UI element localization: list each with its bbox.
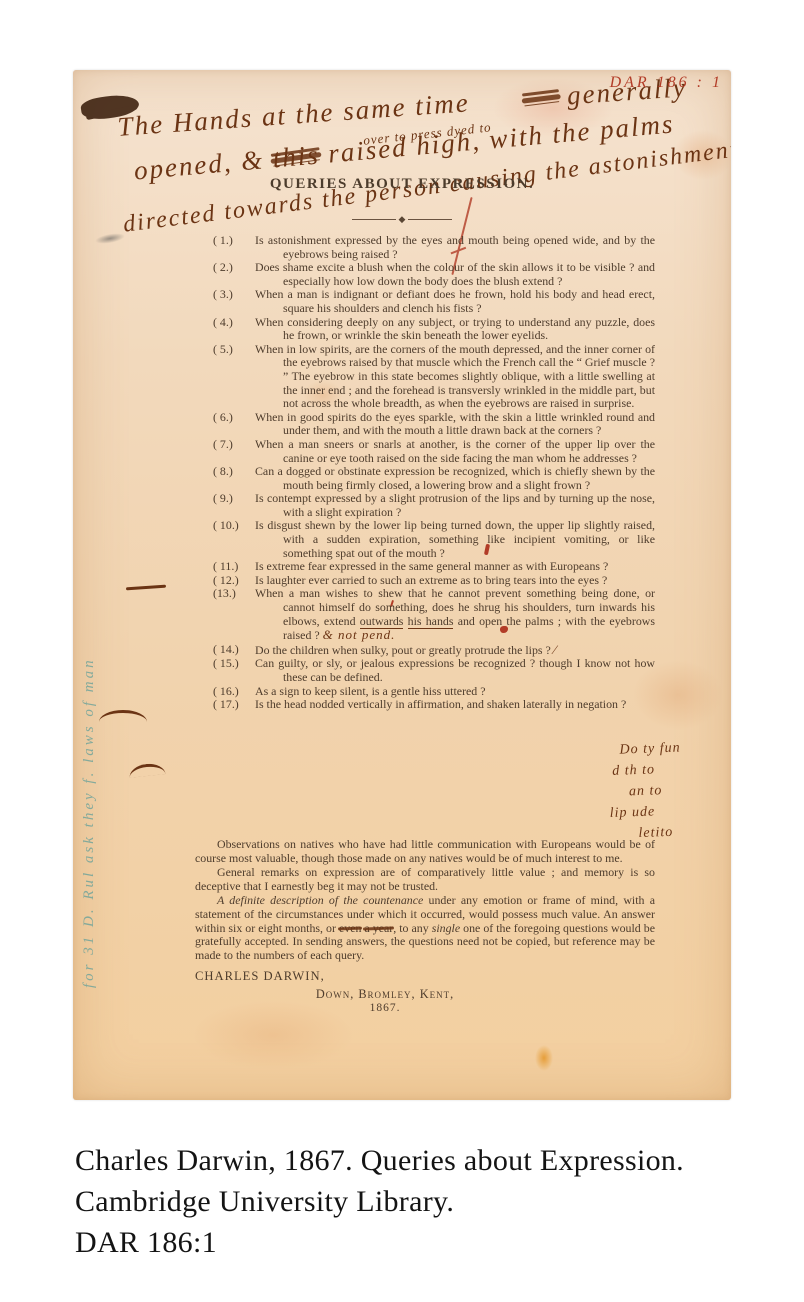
query-text: When a man is indignant or defiant does … bbox=[255, 288, 655, 315]
query-number: ( 5.) bbox=[213, 343, 233, 357]
query-item: ( 11.)Is extreme fear expressed in the s… bbox=[213, 560, 655, 574]
query-item: ( 14.)Do the children when sulky, pout o… bbox=[213, 643, 655, 658]
left-margin-handwriting: for 31 D. Rul ask they f. laws of man bbox=[81, 548, 107, 988]
divider-ornament: ◆ bbox=[73, 210, 731, 228]
query-text: Can a dogged or obstinate expression be … bbox=[255, 465, 655, 492]
query-number: ( 12.) bbox=[213, 574, 239, 588]
address: Down, Bromley, Kent, 1867. bbox=[275, 988, 495, 1015]
query-text: Is contempt expressed by a slight protru… bbox=[255, 492, 655, 519]
query-item: ( 7.)When a man sneers or snarls at anot… bbox=[213, 438, 655, 465]
query-text: Is astonishment expressed by the eyes an… bbox=[255, 234, 655, 261]
struck-word bbox=[522, 81, 559, 114]
query-text: Does shame excite a blush when the colou… bbox=[255, 261, 655, 288]
paragraph-definite-description: A definite description of the countenanc… bbox=[195, 894, 655, 962]
query-item: ( 5.)When in low spirits, are the corner… bbox=[213, 343, 655, 411]
query-text: When in good spirits do the eyes sparkle… bbox=[255, 411, 655, 438]
query-item: ( 10.)Is disgust shewn by the lower lip … bbox=[213, 519, 655, 560]
query-number: ( 2.) bbox=[213, 261, 233, 275]
query-item: ( 17.)Is the head nodded vertically in a… bbox=[213, 698, 655, 712]
query-item: ( 1.)Is astonishment expressed by the ey… bbox=[213, 234, 655, 261]
caption-line: DAR 186:1 bbox=[75, 1222, 755, 1263]
query-text: When a man sneers or snarls at another, … bbox=[255, 438, 655, 465]
query-text: When considering deeply on any subject, … bbox=[255, 316, 655, 343]
query-text: Is extreme fear expressed in the same ge… bbox=[255, 560, 655, 574]
query-number: ( 11.) bbox=[213, 560, 238, 574]
queries-list: ( 1.)Is astonishment expressed by the ey… bbox=[213, 234, 655, 712]
document-title: QUERIES ABOUT EXPRESSION. bbox=[73, 176, 731, 193]
query-number: ( 4.) bbox=[213, 316, 233, 330]
query-number: ( 7.) bbox=[213, 438, 233, 452]
query-item: ( 8.)Can a dogged or obstinate expressio… bbox=[213, 465, 655, 492]
query-number: (13.) bbox=[213, 587, 236, 601]
archive-reference: DAR 186 : 1 bbox=[610, 74, 723, 92]
closing-paragraphs: Observations on natives who have had lit… bbox=[195, 838, 655, 1015]
query-text: Is disgust shewn by the lower lip being … bbox=[255, 519, 655, 560]
margin-dash-mark bbox=[126, 585, 166, 591]
caption-line: Charles Darwin, 1867. Queries about Expr… bbox=[75, 1140, 755, 1181]
query-number: ( 16.) bbox=[213, 685, 239, 699]
paragraph-observations: Observations on natives who have had lit… bbox=[195, 838, 655, 865]
query-text: Can guilty, or sly, or jealous expressio… bbox=[255, 657, 655, 684]
query-number: ( 17.) bbox=[213, 698, 239, 712]
query-text: Is the head nodded vertically in affirma… bbox=[255, 698, 655, 712]
query-text: As a sign to keep silent, is a gentle hi… bbox=[255, 685, 655, 699]
query-item: ( 6.)When in good spirits do the eyes sp… bbox=[213, 411, 655, 438]
query-text: Is laughter ever carried to such an extr… bbox=[255, 574, 655, 588]
document-scan: The Hands at the same time generally ope… bbox=[73, 70, 731, 1100]
query-number: ( 15.) bbox=[213, 657, 239, 671]
query-number: ( 14.) bbox=[213, 643, 239, 657]
query-item: ( 2.)Does shame excite a blush when the … bbox=[213, 261, 655, 288]
page-background: The Hands at the same time generally ope… bbox=[0, 0, 804, 1302]
query-item: ( 15.)Can guilty, or sly, or jealous exp… bbox=[213, 657, 655, 684]
paper-stain bbox=[535, 1045, 553, 1071]
paragraph-general-remarks: General remarks on expression are of com… bbox=[195, 866, 655, 893]
address-year: 1867. bbox=[275, 1002, 495, 1016]
signature: CHARLES DARWIN, bbox=[195, 970, 655, 984]
query-item: ( 4.)When considering deeply on any subj… bbox=[213, 316, 655, 343]
right-margin-handwriting: Do ty fund th toan tolip udeletito bbox=[605, 736, 729, 845]
query-item: (13.)When a man wishes to shew that he c… bbox=[213, 587, 655, 642]
query-number: ( 10.) bbox=[213, 519, 239, 533]
caption-line: Cambridge University Library. bbox=[75, 1181, 755, 1222]
query-item: ( 12.)Is laughter ever carried to such a… bbox=[213, 574, 655, 588]
query-text: When a man wishes to shew that he cannot… bbox=[255, 587, 655, 642]
query-item: ( 16.)As a sign to keep silent, is a gen… bbox=[213, 685, 655, 699]
query-number: ( 9.) bbox=[213, 492, 233, 506]
struck-word: this bbox=[271, 139, 321, 174]
margin-bracket-mark bbox=[128, 762, 165, 778]
image-caption: Charles Darwin, 1867. Queries about Expr… bbox=[75, 1140, 755, 1263]
query-text: When in low spirits, are the corners of … bbox=[255, 343, 655, 411]
query-number: ( 8.) bbox=[213, 465, 233, 479]
query-text: Do the children when sulky, pout or grea… bbox=[255, 643, 655, 658]
address-line: Down, Bromley, Kent, bbox=[316, 987, 454, 1001]
query-number: ( 3.) bbox=[213, 288, 233, 302]
query-item: ( 9.)Is contempt expressed by a slight p… bbox=[213, 492, 655, 519]
query-number: ( 1.) bbox=[213, 234, 233, 248]
query-number: ( 6.) bbox=[213, 411, 233, 425]
query-item: ( 3.)When a man is indignant or defiant … bbox=[213, 288, 655, 315]
